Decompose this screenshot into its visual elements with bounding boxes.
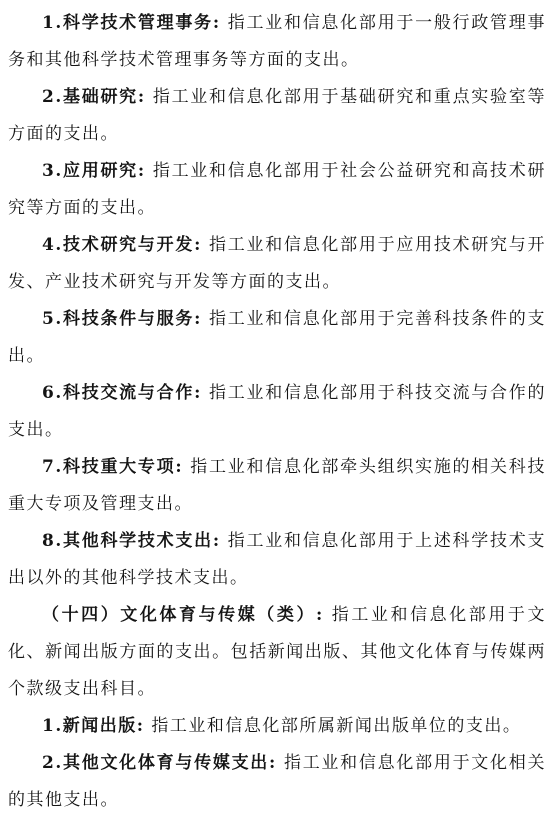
paragraph-body: 指工业和信息化部所属新闻出版单位的支出。 — [145, 716, 522, 736]
paragraph-label: 2.基础研究: — [42, 87, 146, 107]
paragraph-major-science-projects: 7.科技重大专项: 指工业和信息化部牵头组织实施的相关科技重大专项及管理支出。 — [8, 449, 546, 523]
paragraph-label: 6.科技交流与合作: — [42, 383, 202, 403]
paragraph-other-culture-sports-media: 2.其他文化体育与传媒支出: 指工业和信息化部用于文化相关的其他支出。 — [8, 745, 546, 819]
paragraph-label: 7.科技重大专项: — [42, 457, 183, 477]
paragraph-tech-research-development: 4.技术研究与开发: 指工业和信息化部用于应用技术研究与开发、产业技术研究与开发… — [8, 227, 546, 301]
paragraph-label: 1.新闻出版: — [42, 716, 145, 736]
paragraph-press-publication: 1.新闻出版: 指工业和信息化部所属新闻出版单位的支出。 — [8, 708, 546, 745]
paragraph-basic-research: 2.基础研究: 指工业和信息化部用于基础研究和重点实验室等方面的支出。 — [8, 79, 546, 153]
paragraph-label: 1.科学技术管理事务: — [42, 13, 221, 33]
paragraph-label: 5.科技条件与服务: — [42, 309, 202, 329]
paragraph-label: （十四）文化体育与传媒（类）: — [42, 605, 324, 625]
paragraph-science-tech-mgmt: 1.科学技术管理事务: 指工业和信息化部用于一般行政管理事务和其他科学技术管理事… — [8, 5, 546, 79]
paragraph-applied-research: 3.应用研究: 指工业和信息化部用于社会公益研究和高技术研究等方面的支出。 — [8, 153, 546, 227]
paragraph-label: 2.其他文化体育与传媒支出: — [42, 753, 277, 773]
paragraph-culture-sports-media-category: （十四）文化体育与传媒（类）: 指工业和信息化部用于文化、新闻出版方面的支出。包… — [8, 597, 546, 708]
paragraph-tech-conditions-services: 5.科技条件与服务: 指工业和信息化部用于完善科技条件的支出。 — [8, 301, 546, 375]
paragraph-tech-exchange-cooperation: 6.科技交流与合作: 指工业和信息化部用于科技交流与合作的支出。 — [8, 375, 546, 449]
paragraph-label: 4.技术研究与开发: — [42, 235, 202, 255]
document-page: 1.科学技术管理事务: 指工业和信息化部用于一般行政管理事务和其他科学技术管理事… — [0, 0, 554, 824]
paragraph-other-science-tech-expenditure: 8.其他科学技术支出: 指工业和信息化部用于上述科学技术支出以外的其他科学技术支… — [8, 523, 546, 597]
paragraph-label: 8.其他科学技术支出: — [42, 531, 221, 551]
paragraph-label: 3.应用研究: — [42, 161, 146, 181]
